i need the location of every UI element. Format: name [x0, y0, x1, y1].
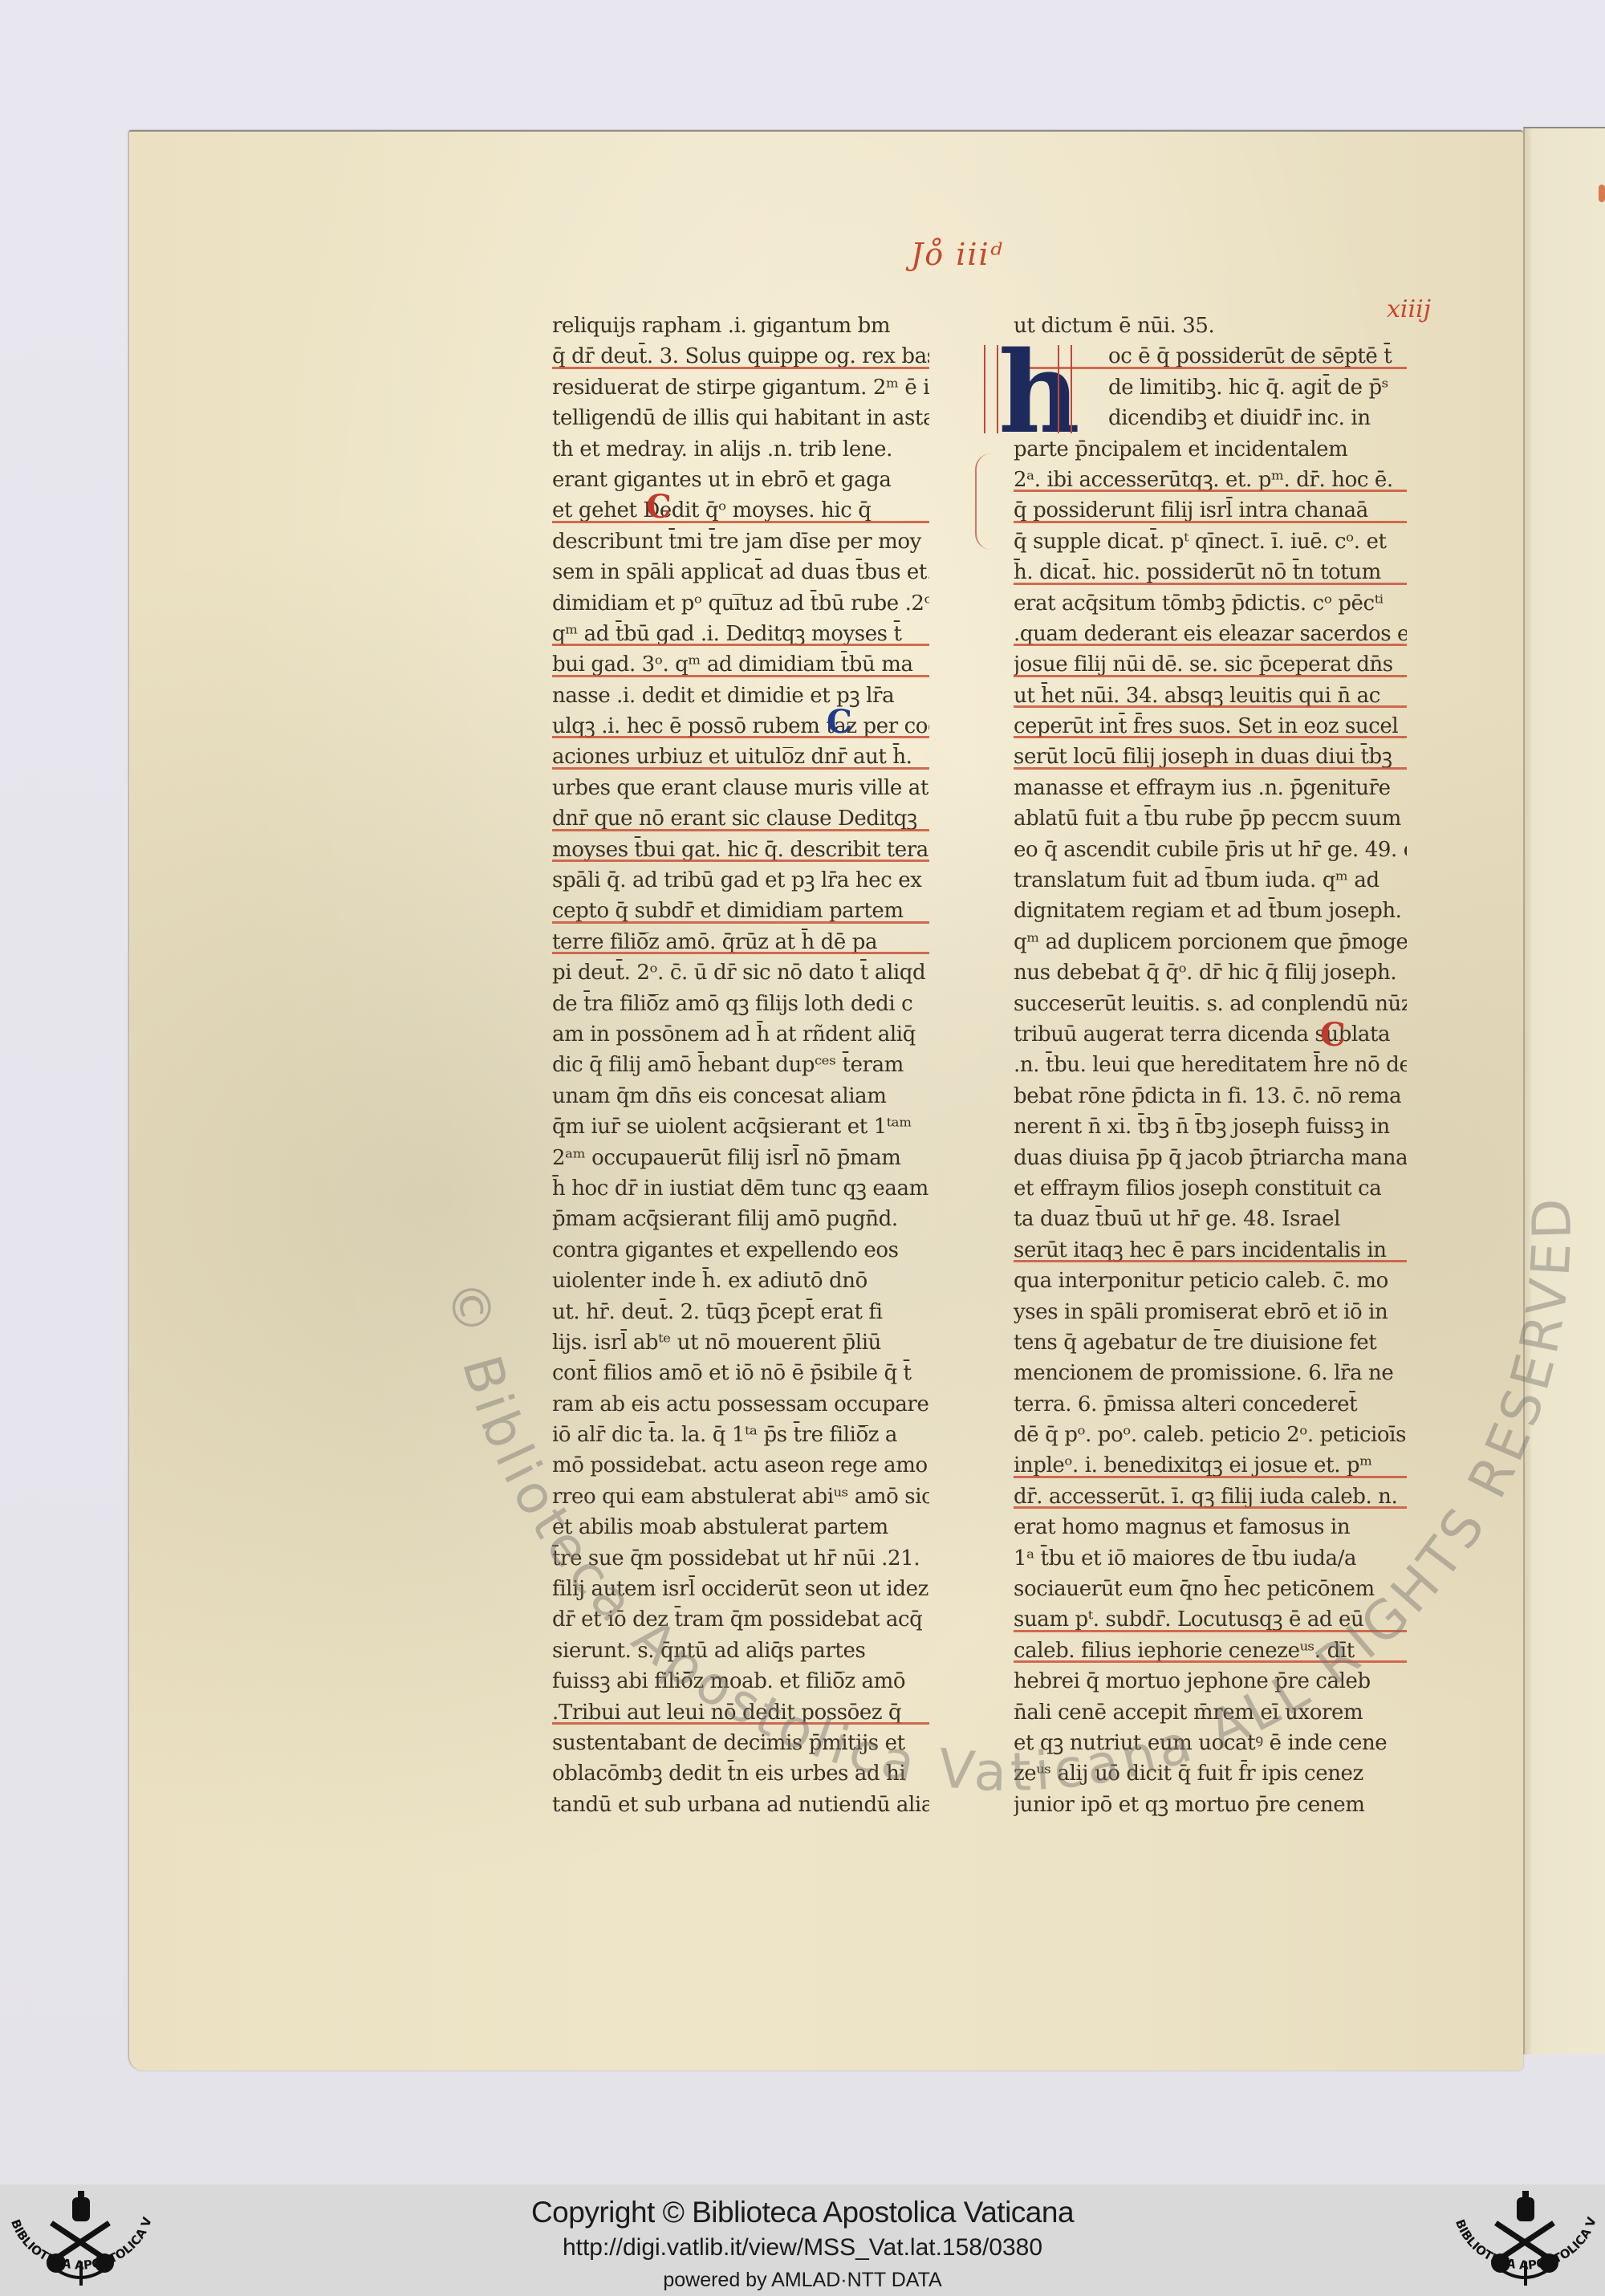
manuscript-line: dimidiam et pᵒ qui̅tuz ad t̄bū rube .2ᵒ.	[552, 588, 929, 619]
vatican-library-logo: BIBLIOTECA APOSTOLICA VATICANA	[1444, 2189, 1605, 2295]
manuscript-line: cont̄ filios amō et iō nō ē p̄sibile q̄ …	[552, 1358, 929, 1388]
manuscript-line: nus debebat q̄ q̄ᵒ. dr̄ hic q̄ filij jos…	[1014, 957, 1407, 988]
manuscript-line: .quam dederant eis eleazar sacerdos et	[1014, 619, 1407, 649]
manuscript-line: et abilis moab abstulerat partem	[552, 1512, 929, 1542]
manuscript-line: dnr̄ que nō erant sic clause Deditqꝫ	[552, 803, 929, 834]
manuscript-line: reliquijs rapham .i. gigantum bm	[552, 311, 929, 341]
manuscript-line: josue filij nūi dē. se. sic p̄ceperat dn…	[1014, 649, 1407, 680]
manuscript-line: erant gigantes ut in ebrō et gaga	[552, 465, 929, 495]
manuscript-line: bebat rōne p̄dicta in fi. 13. c̄. nō rem…	[1014, 1081, 1407, 1111]
manuscript-line: aciones urbiuz et uitulo̅z dnr̄ aut h̄.	[552, 742, 929, 772]
manuscript-line: qᵐ ad duplicem porcionem que p̄moge	[1014, 927, 1407, 957]
manuscript-line: telligendū de illis qui habitant in asta…	[552, 403, 929, 433]
manuscript-line: q̄m iur̄ se uiolent acq̄sierant et 1ᵗᵃᵐ	[552, 1111, 929, 1142]
top-marginalia: Jo̊ iiiᵈ	[911, 237, 1004, 272]
manuscript-line: describunt t̄mi t̄re jam dīse per moy	[552, 526, 929, 557]
manuscript-line: rreo qui eam abstulerat abiᵘˢ amō sic	[552, 1481, 929, 1512]
manuscript-line: ulqꝫ .i. hec ē possō rubem taz per cog	[552, 711, 929, 742]
manuscript-line: dignitatem regiam et ad t̄bum joseph.	[1014, 896, 1407, 926]
text-column-right: ut dictum ē nūi. 35.oc ē q̄ possiderūt d…	[1014, 311, 1407, 1820]
manuscript-line: manasse et effraym ius .n. p̄genitur̄e	[1014, 773, 1407, 803]
manuscript-line: dic q̄ filij amō h̄ebant dupᶜᵉˢ t̄eram	[552, 1050, 929, 1080]
manuscript-line: 2ᵃ. ibi accesserūtqꝫ. et. pᵐ. dr̄. hoc ē…	[1014, 465, 1407, 495]
manuscript-line: sustentabant de decimis p̄mitijs et	[552, 1728, 929, 1758]
manuscript-line: tandū et sub urbana ad nutiendū alia	[552, 1790, 929, 1820]
manuscript-line: succeserūt leuitis. s. ad conplendū nūz	[1014, 989, 1407, 1019]
manuscript-line: .n. t̄bu. leui que hereditatem h̄re nō d…	[1014, 1050, 1407, 1080]
text-column-left: reliquijs rapham .i. gigantum bmq̄ dr̄ d…	[552, 311, 929, 1820]
manuscript-line: nerent n̄ xi. t̄bꝫ n̄ t̄bꝫ joseph fuissꝫ…	[1014, 1111, 1407, 1142]
manuscript-line: th et medray. in alijs .n. trib lene.	[552, 434, 929, 465]
manuscript-line: filij autem isrl̄ occiderūt seon ut idez	[552, 1574, 929, 1604]
manuscript-line: ut h̄et nūi. 34. absqꝫ leuitis qui n̄ ac	[1014, 681, 1407, 711]
manuscript-line: bui gad. 3ᵒ. qᵐ ad dimidiam t̄bū ma	[552, 649, 929, 680]
manuscript-line: ta duaz t̄buū ut hr̄ ge. 48. Israel	[1014, 1204, 1407, 1234]
adjacent-folio-edge	[1523, 127, 1605, 2054]
manuscript-line: junior ipō et qꝫ mortuo p̄re cenem	[1014, 1790, 1407, 1820]
manuscript-line: am in possōnem ad h̄ at rñdent aliq̄	[552, 1019, 929, 1050]
manuscript-line: q̄ supple dicat̄. pᵗ qīnect. ī. iuē. cᵒ.…	[1014, 526, 1407, 557]
manuscript-line: pi deut̄. 2ᵒ. c̄. ū dr̄ sic nō dato t̄ a…	[552, 957, 929, 988]
manuscript-line: cepto q̄ subdr̄ et dimidiam partem	[552, 896, 929, 926]
manuscript-viewer: Jo̊ iiiᵈ xiiij reliquijs rapham .i. giga…	[0, 0, 1605, 2296]
manuscript-line: serūt itaqꝫ hec ē pars incidentalis in	[1014, 1235, 1407, 1266]
manuscript-line: ceperūt int̄ f̄res suos. Set in eoz suce…	[1014, 711, 1407, 742]
manuscript-line: h̄ hoc dr̄ in iustiat dēm tunc qꝫ eaam	[552, 1173, 929, 1204]
manuscript-line: nasse .i. dedit et dimidie et pꝫ lr̄a	[552, 681, 929, 711]
manuscript-url[interactable]: http://digi.vatlib.it/view/MSS_Vat.lat.1…	[0, 2234, 1605, 2261]
manuscript-line: dr̄. accesserūt. ī. qꝫ filij iuda caleb.…	[1014, 1481, 1407, 1512]
manuscript-line: residuerat de stirpe gigantum. 2ᵐ ē in	[552, 372, 929, 403]
manuscript-line: ablatū fuit a t̄bu rube p̄p peccm suum	[1014, 803, 1407, 834]
manuscript-line: tribuū augerat terra dicenda sublata	[1014, 1019, 1407, 1050]
manuscript-line: serūt locū filij joseph in duas diui t̄b…	[1014, 742, 1407, 772]
manuscript-line: 2ᵃᵐ occupauerūt filij isrl̄ nō p̄mam	[552, 1143, 929, 1173]
manuscript-line: hebrei q̄ mortuo jephone p̄re caleb	[1014, 1666, 1407, 1697]
manuscript-line: mō possidebat. actu aseon rege amo	[552, 1450, 929, 1481]
manuscript-line: fuissꝫ abi filiō̅z moab. et filiō̅z amō	[552, 1666, 929, 1697]
manuscript-line: et gehet Dedit q̄ᵒ moyses. hic q̄	[552, 495, 929, 526]
manuscript-line: qᵐ ad t̄bū gad .i. Deditqꝫ moyses t̄	[552, 619, 929, 649]
manuscript-line: terra. 6. p̄missa alteri concederet̄	[1014, 1389, 1407, 1420]
copyright-text: Copyright © Biblioteca Apostolica Vatica…	[0, 2196, 1605, 2229]
manuscript-line: q̄ possiderunt filij isrl̄ intra chanaā	[1014, 495, 1407, 526]
manuscript-line: ram ab eis actu possessam occuparet	[552, 1389, 929, 1420]
manuscript-line: qua interponitur peticio caleb. c̄. mo	[1014, 1266, 1407, 1296]
penwork-flourish	[975, 453, 1007, 550]
manuscript-line: yses in spāli promiserat ebrō et iō in	[1014, 1297, 1407, 1327]
manuscript-line: et effraym filios joseph constituit ca	[1014, 1173, 1407, 1204]
manuscript-line: contra gigantes et expellendo eos	[552, 1235, 929, 1266]
manuscript-line: iō alr̄ dic t̄a. la. q̄ 1ᵗᵃ p̄s t̄re fil…	[552, 1420, 929, 1450]
manuscript-line: et qꝫ nutriut eum uocatꝰ ē inde cene	[1014, 1728, 1407, 1758]
manuscript-line: n̄ali cenē accepit m̄rem eī uxorem	[1014, 1697, 1407, 1728]
manuscript-line: tens q̄ agebatur de t̄re diuisione fet	[1014, 1327, 1407, 1358]
manuscript-line: de t̄ra filiō̅z amō qꝫ filijs loth dedi …	[552, 989, 929, 1019]
manuscript-line: dr̄ et iō dez t̄ram q̄m possidebat acq̄	[552, 1604, 929, 1635]
manuscript-line: moyses t̄bui gat. hic q̄. describit tera…	[552, 835, 929, 865]
manuscript-line: zeᵘˢ alij uō dicit q̄ fuit f̄r ipis cene…	[1014, 1758, 1407, 1789]
manuscript-line: eo q̄ ascendit cubile p̄ris ut hr̄ ge. 4…	[1014, 835, 1407, 865]
manuscript-line: inpleᵒ. i. benedixitqꝫ ei josue et. pᵐ	[1014, 1450, 1407, 1481]
manuscript-line: sem in spāli applicat̄ ad duas t̄bus et.	[552, 557, 929, 587]
manuscript-line: sierunt. s. q̄ntū ad aliq̄s partes	[552, 1636, 929, 1666]
manuscript-line: t̄re sue q̄m possidebat ut hr̄ nūi .21.	[552, 1543, 929, 1574]
manuscript-line: q̄ dr̄ deut̄. 3. Solus quippe og. rex ba…	[552, 341, 929, 372]
penwork-left	[984, 345, 998, 433]
paragraph-mark-red: C	[1320, 1019, 1346, 1051]
manuscript-line: unam q̄m dn̄s eis concesat aliam	[552, 1081, 929, 1111]
manuscript-line: uiolenter inde h̄. ex adiutō dnō	[552, 1266, 929, 1296]
manuscript-line: lijs. isrl̄ abᵗᵉ ut nō mouerent p̄liū	[552, 1327, 929, 1358]
manuscript-line: terre filiō̅z amō. q̄rūz at h̄ dē pa	[552, 927, 929, 957]
manuscript-line: caleb. filius iephorie cenezeᵘˢ. dīt	[1014, 1636, 1407, 1666]
manuscript-line: h̄. dicat̄. hic. possiderūt nō t̄n totum	[1014, 557, 1407, 587]
manuscript-line: duas diuisa p̄p q̄ jacob p̄triarcha mana…	[1014, 1143, 1407, 1173]
manuscript-line: erat acq̄situm tōmbꝫ p̄dictis. cᵒ pēcᵗⁱ	[1014, 588, 1407, 619]
manuscript-line: urbes que erant clause muris ville at	[552, 773, 929, 803]
powered-by-text: powered by AMLAD·NTT DATA	[0, 2269, 1605, 2292]
paragraph-mark-red: C	[646, 491, 672, 523]
manuscript-line: dē q̄ pᵒ. poᵒ. caleb. peticio 2ᵒ. petici…	[1014, 1420, 1407, 1450]
decorated-initial: h	[977, 337, 1090, 457]
manuscript-line: spāli q̄. ad tribū gad et pꝫ lr̄a hec ex	[552, 865, 929, 896]
manuscript-line: suam pᵗ. subdr̄. Locutusqꝫ ē ad eū	[1014, 1604, 1407, 1635]
manuscript-line: sociauerūt eum q̄no h̄ec peticōnem	[1014, 1574, 1407, 1604]
manuscript-line: oblacōmbꝫ dedit t̄n eis urbes ad hi	[552, 1758, 929, 1789]
adjacent-rubric-mark	[1599, 185, 1605, 202]
penwork-right	[1058, 345, 1072, 433]
manuscript-line: 1ᵃ t̄bu et iō maiores de t̄bu iuda/a	[1014, 1543, 1407, 1574]
manuscript-line: erat homo magnus et famosus in	[1014, 1512, 1407, 1542]
paragraph-mark-blue: C	[827, 706, 852, 738]
manuscript-line: p̄mam acq̄sierant filij amō pugn̄d.	[552, 1204, 929, 1234]
manuscript-line: mencionem de promissione. 6. lr̄a ne	[1014, 1358, 1407, 1388]
copyright-footer: BIBLIOTECA APOSTOLICA VATICANA Copyright…	[0, 2184, 1605, 2296]
manuscript-line: ut. hr̄. deut̄. 2. tūqꝫ p̄cept̄ erat fi	[552, 1297, 929, 1327]
manuscript-line: translatum fuit ad t̄bum iuda. qᵐ ad	[1014, 865, 1407, 896]
manuscript-line: .Tribui aut leui nō dedit possōez q̄	[552, 1697, 929, 1728]
